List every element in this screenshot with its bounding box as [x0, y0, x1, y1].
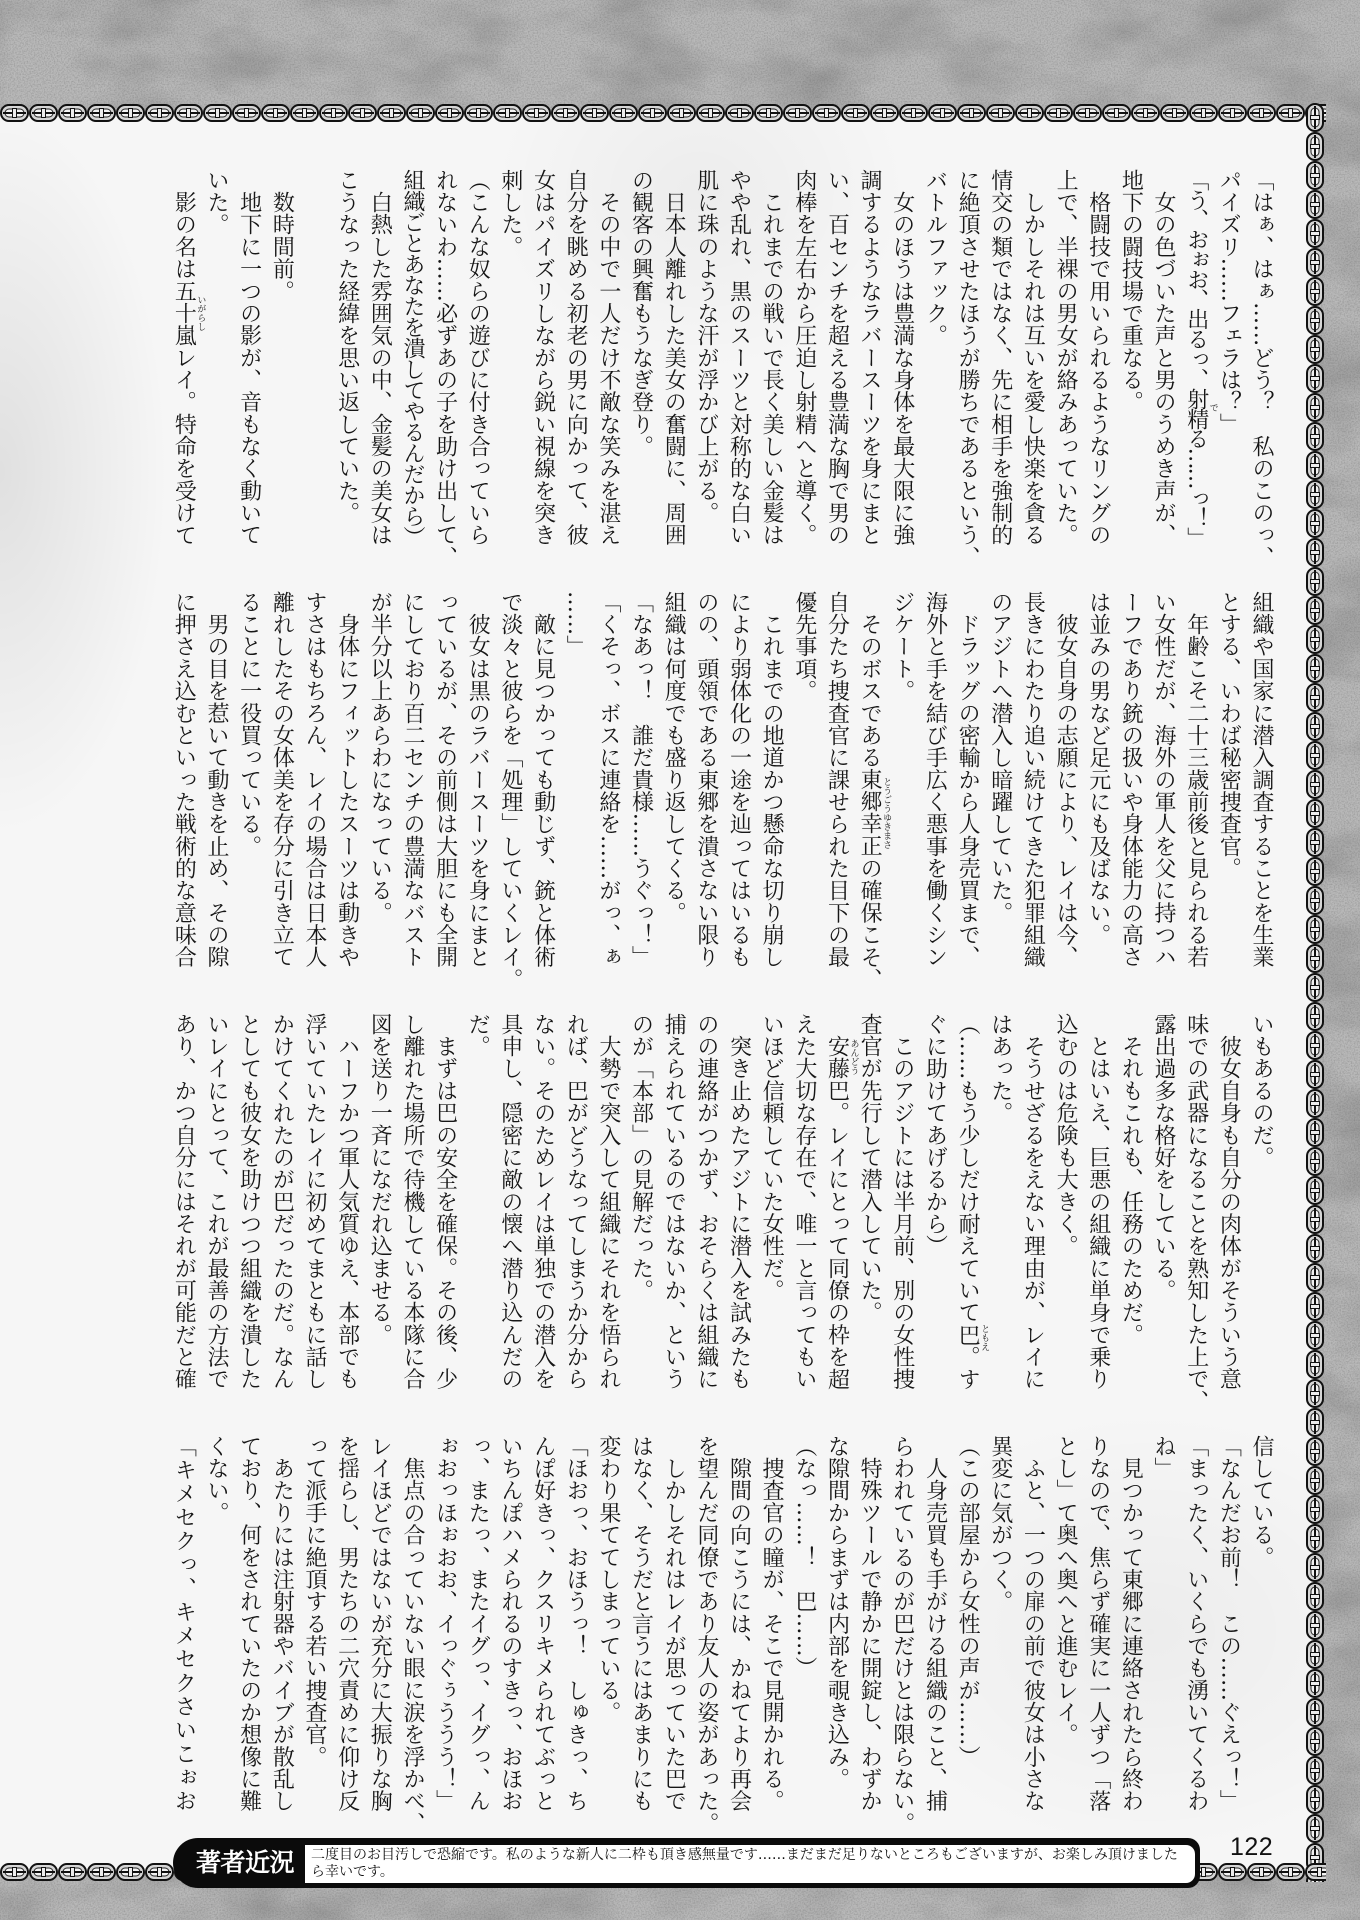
text-segment: 影の名は	[171, 169, 196, 280]
text-column: 捕えられているのではないか、という	[657, 1013, 690, 1390]
text-column: 肉棒を左右から圧迫し射精へと導く。	[787, 169, 820, 546]
text-column: ぐに助けてあげるから）	[918, 1013, 951, 1390]
text-column: いた。	[199, 169, 232, 546]
text-column: ……」	[559, 591, 592, 968]
text-column: 離れしたその女体美を存分に引き立て	[265, 591, 298, 968]
text-tier-2: 組織や国家に潜入調査することを生業 とする、いわば秘密捜査官。 年齢こそ二十三歳…	[166, 591, 1277, 968]
author-note-line: ら幸いです。	[311, 1864, 1189, 1881]
text-tier-4: 信している。 「なんだお前！ この……ぐえっ！」 「まったく、いくらでも湧いてく…	[166, 1435, 1277, 1812]
text-column: 「くそっ、ボスに連絡を……がっ、ぁ	[591, 591, 624, 968]
text-column: りなので、焦らず確実に一人ずつ「落	[1081, 1435, 1114, 1812]
text-column: （この部屋から女性の声が……）	[950, 1435, 983, 1812]
text-column: すさはもちろん、レイの場合は日本人	[297, 591, 330, 968]
text-column: 図を送り一斉になだれ込ませる。	[363, 1013, 396, 1390]
author-note-text-box: 二度目のお目汚しで恐縮です。私のような新人に二枠も頂き感無量です……まだまだ足り…	[305, 1845, 1195, 1883]
text-column: らわれているのが巴だけとは限らない。	[885, 1435, 918, 1812]
text-column: のアジトへ潜入し暗躍していた。	[983, 591, 1016, 968]
text-column: は並みの男など足元にも及ばない。	[1081, 591, 1114, 968]
text-column: な隙間からまずは内部を覗き込み。	[820, 1435, 853, 1812]
text-column: 突き止めたアジトに潜入を試みたも	[722, 1013, 755, 1390]
text-column: 上で、半裸の男女が絡みあっていた。	[1048, 169, 1081, 546]
text-column: 男の目を惹いて動きを止め、その隙	[199, 591, 232, 968]
text-column: 「キメセクっ、キメセクさいこぉお	[167, 1435, 200, 1812]
text-column: 露出過多な格好をしている。	[1146, 1013, 1179, 1390]
text-column: 彼女自身も自分の肉体がそういう意	[1212, 1013, 1245, 1390]
text-column: 見つかって東郷に連絡されたら終わ	[1114, 1435, 1147, 1812]
text-column: ることに一役買っている。	[232, 591, 265, 968]
author-note-line: 二度目のお目汚しで恐縮です。私のような新人に二枠も頂き感無量です……まだまだ足り…	[311, 1847, 1189, 1864]
text-column: の観客の興奮もうなぎ登り。	[624, 169, 657, 546]
text-segment	[824, 1013, 849, 1035]
text-column: （……もう少しだけ耐えていて巴ともえ。す	[950, 1013, 983, 1390]
text-column: としても彼女を助けつつ組織を潰した	[232, 1013, 265, 1390]
text-column: んぽ好きっ、クスリキメられてぶっと	[526, 1435, 559, 1812]
text-column: で淡々と彼らを「処理」していくレイ。	[493, 591, 526, 968]
text-column: 「なんだお前！ この……ぐえっ！」	[1212, 1435, 1245, 1812]
text-column: あたりには注射器やバイブが散乱し	[265, 1435, 298, 1812]
text-column: い、百センチを超える豊満な胸で男の	[820, 169, 853, 546]
text-column: レイほどではないが充分に大振りな胸	[363, 1435, 396, 1812]
text-segment: レイ。特命を受けて	[171, 346, 196, 546]
ruby-base: 東郷幸正とうごうゆきまさ	[857, 768, 882, 857]
text-column: パイズリ……フェラは？」	[1212, 169, 1245, 546]
text-column: 「ほおっ、おほうっ！ しゅきっ、ち	[559, 1435, 592, 1812]
text-column: いレイにとって、これが最善の方法で	[199, 1013, 232, 1390]
text-column: 情交の類ではなく、先に相手を強制的	[983, 169, 1016, 546]
ruby-base: 射精で	[1184, 388, 1209, 428]
text-column: れば、巴がどうなってしまうか分から	[559, 1013, 592, 1390]
text-column: 「なあっ！ 誰だ貴様……うぐっ！」	[624, 591, 657, 968]
text-column: 浮いていたレイに初めてまともに話し	[297, 1013, 330, 1390]
text-segment: 。す	[955, 1346, 980, 1390]
text-column: えた大切な存在で、唯一と言ってもい	[787, 1013, 820, 1390]
text-column: 身体にフィットしたスーツは動きや	[330, 591, 363, 968]
text-column: 地下の闘技場で重なる。	[1114, 169, 1147, 546]
text-column: 刺した。	[493, 169, 526, 546]
text-column: 組織や国家に潜入調査することを生業	[1244, 591, 1277, 968]
text-column: 日本人離れした美女の奮闘に、周囲	[657, 169, 690, 546]
text-column: 長きにわたり追い続けてきた犯罪組織	[1016, 591, 1049, 968]
text-column: 込むのは危険も大きく。	[1048, 1013, 1081, 1390]
text-column: 特殊ツールで静かに開錠し、わずか	[852, 1435, 885, 1812]
text-column: ーフであり銃の扱いや身体能力の高さ	[1114, 591, 1147, 968]
text-column: し離れた場所で待機している本隊に合	[395, 1013, 428, 1390]
text-column: かけてくれたのが巴だったのだ。なん	[265, 1013, 298, 1390]
text-column: が半分以上あらわになっている。	[363, 591, 396, 968]
text-column: 焦点の合っていない眼に涙を浮かべ、	[395, 1435, 428, 1812]
text-column: そのボスである東郷幸正とうごうゆきまさの確保こそ、	[852, 591, 885, 968]
text-column: 自分たち捜査官に課せられた目下の最	[820, 591, 853, 968]
ruby-annotation: ともえ	[979, 1324, 989, 1346]
text-column: その中で一人だけ不敵な笑みを湛え	[591, 169, 624, 546]
ruby-base-text: 射精	[1184, 388, 1209, 428]
text-column: そうせざるをえない理由が、レイに	[1016, 1013, 1049, 1390]
text-column: 女の色づいた声と男のうめき声が、	[1146, 169, 1179, 546]
text-column: ており、何をされていたのか想像に難	[232, 1435, 265, 1812]
text-column: 異変に気がつく。	[983, 1435, 1016, 1812]
ruby-base: 五十嵐いがらし	[171, 280, 196, 347]
ruby-base: 巴ともえ	[955, 1324, 980, 1346]
text-segment: る……っ！」	[1184, 428, 1209, 547]
text-column: いもあるのだ。	[1244, 1013, 1277, 1390]
text-column: 大勢で突入して組織にそれを悟られ	[591, 1013, 624, 1390]
ruby-annotation: で	[1208, 388, 1218, 428]
text-column: 具申し、隠密に敵の懐へ潜り込んだの	[493, 1013, 526, 1390]
blank-column	[297, 169, 330, 546]
ruby-base-text: 安藤	[824, 1035, 849, 1079]
text-column: 彼女自身の志願により、レイは今、	[1048, 591, 1081, 968]
text-column: 調するようなラバースーツを身にまと	[852, 169, 885, 546]
text-column: っ、またっ、またイグっ、イグっ、ん	[461, 1435, 494, 1812]
text-column: こうなった経緯を思い返していた。	[330, 169, 363, 546]
text-column: 隙間の向こうには、かねてより再会	[722, 1435, 755, 1812]
text-column: れないわ……必ずあの子を助け出して、	[428, 169, 461, 546]
text-column: 白熱した雰囲気の中、金髪の美女は	[363, 169, 396, 546]
text-column: とし」て奥へ奥へと進むレイ。	[1048, 1435, 1081, 1812]
text-column: 年齢こそ二十三歳前後と見られる若	[1179, 591, 1212, 968]
text-column: いちんぽハメられるのすきっ、おほお	[493, 1435, 526, 1812]
ruby-base-text: 東郷幸正	[857, 768, 882, 857]
text-column: 安藤あんどう巴。レイにとって同僚の枠を超	[820, 1013, 853, 1390]
text-column: あり、かつ自分にはそれが可能だと確	[167, 1013, 200, 1390]
text-column: ふと、一つの扉の前で彼女は小さな	[1016, 1435, 1049, 1812]
text-segment: の確保こそ、	[857, 857, 882, 990]
text-column: に絶頂させたほうが勝ちであるという、	[950, 169, 983, 546]
text-column: 海外と手を結び手広く悪事を働くシン	[918, 591, 951, 968]
text-column: 捜査官の瞳が、そこで見開かれる。	[755, 1435, 788, 1812]
text-segment: そのボスである	[857, 591, 882, 768]
text-column: い女性だが、海外の軍人を父に持つハ	[1146, 591, 1179, 968]
text-column: 女のほうは豊満な身体を最大限に強	[885, 169, 918, 546]
text-column: にしており百二センチの豊満なバスト	[395, 591, 428, 968]
ruby-annotation: とうごうゆきまさ	[881, 768, 891, 857]
ruby-base-text: 五十嵐	[171, 280, 196, 347]
author-note-label: 著者近況	[185, 1838, 305, 1888]
text-column: 影の名は五十嵐いがらしレイ。特命を受けて	[167, 169, 200, 546]
text-column: ハーフかつ軍人気質ゆえ、本部でも	[330, 1013, 363, 1390]
text-column: により弱体化の一途を辿ってはいるも	[722, 591, 755, 968]
text-column: 組織は何度でも盛り返してくる。	[657, 591, 690, 968]
text-column: とはいえ、巨悪の組織に単身で乗り	[1081, 1013, 1114, 1390]
text-column: っているが、その前側は大胆にも全開	[428, 591, 461, 968]
text-tier-1: 「はぁ、はぁ……どう？ 私のこのっ、 パイズリ……フェラは？」 「う、おぉお、出…	[166, 169, 1277, 546]
text-column: このアジトには半月前、別の女性捜	[885, 1013, 918, 1390]
text-column: まずは巴の安全を確保。その後、少	[428, 1013, 461, 1390]
text-column: 女はパイズリしながら鋭い視線を突き	[526, 169, 559, 546]
text-column: はなく、そうだと言うにはあまりにも	[624, 1435, 657, 1812]
page-number: 122	[1230, 1833, 1273, 1862]
text-segment: 巴。レイにとって同僚の枠を超	[824, 1080, 849, 1391]
text-column: 「はぁ、はぁ……どう？ 私のこのっ、	[1244, 169, 1277, 546]
text-column: 格闘技で用いられるようなリングの	[1081, 169, 1114, 546]
text-column: しかしそれは互いを愛し快楽を貪る	[1016, 169, 1049, 546]
text-column: 組織ごとあなたを潰してやるんだから）	[395, 169, 428, 546]
text-column: ドラッグの密輸から人身売買まで、	[950, 591, 983, 968]
text-column: を望んだ同僚であり友人の姿があった。	[689, 1435, 722, 1812]
text-column: （なっ……！ 巴……）	[787, 1435, 820, 1812]
text-column: 地下に一つの影が、音もなく動いて	[232, 169, 265, 546]
ruby-base-text: 巴	[955, 1324, 980, 1346]
text-column: 敵に見つかっても動じず、銃と体術	[526, 591, 559, 968]
ruby-annotation: あんどう	[848, 1035, 858, 1079]
text-tier-3: いもあるのだ。 彼女自身も自分の肉体がそういう意 味での武器になることを熟知した…	[166, 1013, 1277, 1390]
text-column: これまでの戦いで長く美しい金髪は	[755, 169, 788, 546]
text-column: 「まったく、いくらでも湧いてくるわ	[1179, 1435, 1212, 1812]
text-column: 数時間前。	[265, 169, 298, 546]
text-column: って派手に絶頂する若い捜査官。	[297, 1435, 330, 1812]
text-column: のの、頭領である東郷を潰さない限り	[689, 591, 722, 968]
text-column: 人身売買も手がける組織のこと、捕	[918, 1435, 951, 1812]
text-column: だ。	[461, 1013, 494, 1390]
text-column: 味での武器になることを熟知した上で、	[1179, 1013, 1212, 1390]
text-column: のの連絡がつかず、おそらくは組織に	[689, 1013, 722, 1390]
text-column: 彼女は黒のラバースーツを身にまと	[461, 591, 494, 968]
text-segment: 「う、おぉお、出るっ、	[1184, 169, 1209, 388]
text-column: ない。そのためレイは単独での潜入を	[526, 1013, 559, 1390]
text-column: 「う、おぉお、出るっ、射精でる……っ！」	[1179, 169, 1212, 546]
text-column: 信している。	[1244, 1435, 1277, 1812]
ruby-base: 安藤あんどう	[824, 1035, 849, 1079]
text-column: 変わり果ててしまっている。	[591, 1435, 624, 1812]
text-column: （こんな奴らの遊びに付き合っていら	[461, 169, 494, 546]
text-column: これまでの地道かつ懸命な切り崩し	[755, 591, 788, 968]
text-column: 肌に珠のような汗が浮かび上がる。	[689, 169, 722, 546]
text-column: しかしそれはレイが思っていた巴で	[657, 1435, 690, 1812]
text-column: とする、いわば秘密捜査官。	[1212, 591, 1245, 968]
text-column: くない。	[199, 1435, 232, 1812]
text-segment: （……もう少しだけ耐えていて	[955, 1013, 980, 1324]
text-column: バトルファック。	[918, 169, 951, 546]
text-column: を揺らし、男たちの二穴責めに仰け反	[330, 1435, 363, 1812]
text-column: ぉおっほぉおお、イっぐぅううう！」	[428, 1435, 461, 1812]
ruby-annotation: いがらし	[195, 280, 205, 347]
text-column: 優先事項。	[787, 591, 820, 968]
text-column: それもこれも、任務のためだ。	[1114, 1013, 1147, 1390]
author-note: 著者近況 二度目のお目汚しで恐縮です。私のような新人に二枠も頂き感無量です……ま…	[173, 1838, 1200, 1888]
text-column: 自分を眺める初老の男に向かって、彼	[559, 169, 592, 546]
text-column: のが「本部」の見解だった。	[624, 1013, 657, 1390]
text-column: に押さえ込むといった戦術的な意味合	[167, 591, 200, 968]
text-column: いほど信頼していた女性だ。	[755, 1013, 788, 1390]
text-column: やや乱れ、黒のスーツと対称的な白い	[722, 169, 755, 546]
text-column: ね」	[1146, 1435, 1179, 1812]
